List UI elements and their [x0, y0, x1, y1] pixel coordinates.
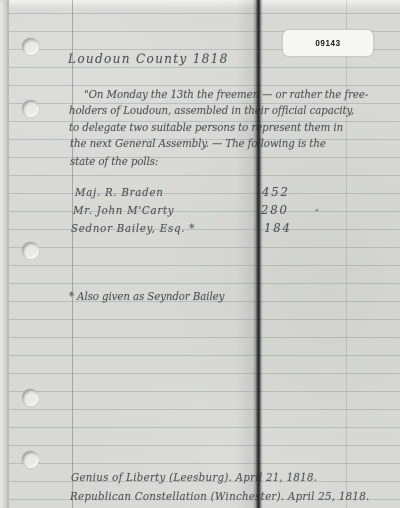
adjacent-page-edge: [0, 0, 9, 508]
candidate-name: Sednor Bailey, Esq. *: [71, 221, 195, 237]
page-top-edge: [0, 0, 400, 9]
vote-count: 184: [264, 220, 292, 236]
punch-hole: [22, 451, 39, 468]
source-citation: Genius of Liberty (Leesburg). April 21, …: [71, 470, 317, 486]
right-margin-line: [346, 0, 347, 508]
catalog-number-sticker: 09143: [283, 30, 373, 56]
quote-line: "On Monday the 13th the freemen — or rat…: [84, 87, 368, 103]
punch-hole: [22, 38, 39, 55]
vote-count: 280: [261, 202, 289, 218]
scanned-notebook-page: Loudoun County 1818 "On Monday the 13th …: [0, 0, 400, 508]
punch-hole: [22, 100, 39, 117]
punch-hole: [22, 389, 39, 406]
punch-hole: [22, 242, 39, 259]
quote-line: the next General Assembly. — The followi…: [70, 136, 326, 152]
footnote: * Also given as Seyndor Bailey: [69, 289, 224, 305]
ruled-lines: [0, 0, 400, 508]
quote-line: holders of Loudoun, assembled in their o…: [69, 103, 354, 119]
source-citation: Republican Constellation (Winchester). A…: [70, 489, 370, 505]
candidate-name: Maj. R. Braden: [75, 185, 164, 201]
ditto-mark: ": [315, 206, 319, 222]
page-fold-line: [253, 0, 263, 508]
left-margin-line: [72, 0, 73, 508]
page-title: Loudoun County 1818: [68, 52, 229, 68]
quote-line: state of the polls:: [70, 154, 158, 170]
vote-count: 452: [262, 184, 290, 200]
catalog-number: 09143: [315, 39, 340, 48]
quote-line: to delegate two suitable persons to repr…: [69, 120, 343, 136]
candidate-name: Mr. John M'Carty: [73, 203, 174, 219]
